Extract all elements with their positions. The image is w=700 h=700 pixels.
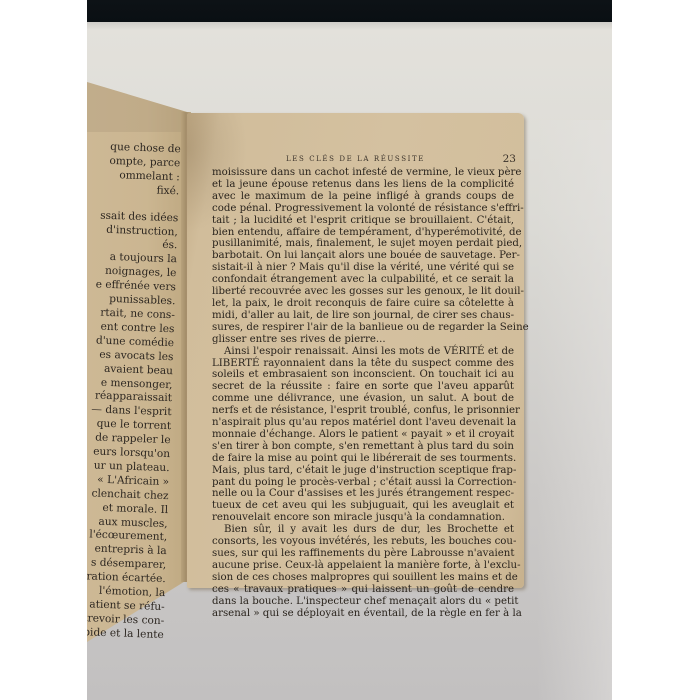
text-line: confondait étrangement avec la culpabili… bbox=[212, 274, 514, 286]
text-line: arsenal » qui se déployait en éventail, … bbox=[212, 608, 514, 620]
text-line: pusillanimité, mais, finalement, le suje… bbox=[212, 238, 514, 250]
dark-top-band bbox=[87, 0, 612, 22]
text-line: liberté recouvrée avec les gosses sur le… bbox=[212, 286, 514, 298]
text-line: monnaie d'échange. Alors le patient « pa… bbox=[212, 429, 514, 441]
text-line: let, la paix, le droit reconquis de fair… bbox=[212, 298, 514, 310]
right-page-text: moisissure dans un cachot infesté de ver… bbox=[212, 167, 514, 619]
surface-edge bbox=[87, 22, 612, 30]
text-line: comme une délivrance, une évasion, un sa… bbox=[212, 393, 514, 405]
book-photo: que chose deompte, parceommelant :fixé.s… bbox=[87, 0, 612, 700]
text-line: Ainsi l'espoir renaissait. Ainsi les mot… bbox=[212, 346, 514, 358]
text-line: sion de ces choses malpropres qui souill… bbox=[212, 572, 514, 584]
text-line: renouvelait encore son miracle jusqu'à l… bbox=[212, 512, 514, 524]
text-line: clenchait chez bbox=[87, 487, 169, 504]
text-line: ces « travaux pratiques » qui laissent u… bbox=[212, 584, 514, 596]
running-head: LES CLÉS DE LA RÉUSSITE bbox=[187, 155, 524, 163]
text-line: tait ; la lucidité et l'esprit critique … bbox=[212, 215, 514, 227]
right-page: LES CLÉS DE LA RÉUSSITE 23 moisissure da… bbox=[187, 113, 524, 588]
text-line: nelle ou la Cour d'assises et les jurés … bbox=[212, 488, 514, 500]
text-line: LIBERTÉ rayonnaient dans la tête du susp… bbox=[212, 358, 514, 370]
surface-shadow bbox=[537, 120, 612, 700]
text-line: s'en tirer à bon compte, s'en remettant … bbox=[212, 441, 514, 453]
text-line: pant du poing le procès-verbal ; c'était… bbox=[212, 477, 514, 489]
page-number: 23 bbox=[503, 153, 516, 165]
text-line: sues, sur qui les raffinements du père L… bbox=[212, 548, 514, 560]
text-line: midi, d'aller au lait, de lire son journ… bbox=[212, 310, 514, 322]
text-line: tueux de cet aveu qui les subjuguait, qu… bbox=[212, 500, 514, 512]
text-line: aucune prise. Ceux-là appelaient la mani… bbox=[212, 560, 514, 572]
text-line: barbotait. On lui lançait alors une boué… bbox=[212, 250, 514, 262]
text-line: de faire la mise au point qui le libérer… bbox=[212, 453, 514, 465]
text-line: code pénal. Progressivement la volonté d… bbox=[212, 203, 514, 215]
text-line: consorts, les voyous invétérés, les rebu… bbox=[212, 536, 514, 548]
text-line: glisser entre ses rives de pierre... bbox=[212, 334, 514, 346]
text-line: moisissure dans un cachot infesté de ver… bbox=[212, 167, 514, 179]
text-line: bien entendu, affaire de tempérament, d'… bbox=[212, 227, 514, 239]
text-line: secret de la réussite : faire en sorte q… bbox=[212, 381, 514, 393]
left-page-shade bbox=[87, 82, 187, 132]
text-line: sistait-il à nier ? Mais qu'il dise la v… bbox=[212, 262, 514, 274]
text-line: n'aspirait plus qu'au repos matériel don… bbox=[212, 417, 514, 429]
text-line: sures, de respirer l'air de la banlieue … bbox=[212, 322, 514, 334]
text-line: et la jeune épouse retenus dans les lien… bbox=[212, 179, 514, 191]
text-line: soleils et embrasaient son inconscient. … bbox=[212, 369, 514, 381]
text-line: avec le maximum de la peine infligé à gr… bbox=[212, 191, 514, 203]
text-line: nerfs et de résistance, l'esprit troublé… bbox=[212, 405, 514, 417]
text-line: es avocats les bbox=[87, 348, 174, 365]
text-line: Mais, plus tard, c'était le juge d'instr… bbox=[212, 465, 514, 477]
text-line: Bien sûr, il y avait les durs de dur, le… bbox=[212, 524, 514, 536]
text-line: pide et la lente bbox=[87, 626, 164, 643]
text-line: dans la bouche. L'inspecteur chef menaça… bbox=[212, 596, 514, 608]
